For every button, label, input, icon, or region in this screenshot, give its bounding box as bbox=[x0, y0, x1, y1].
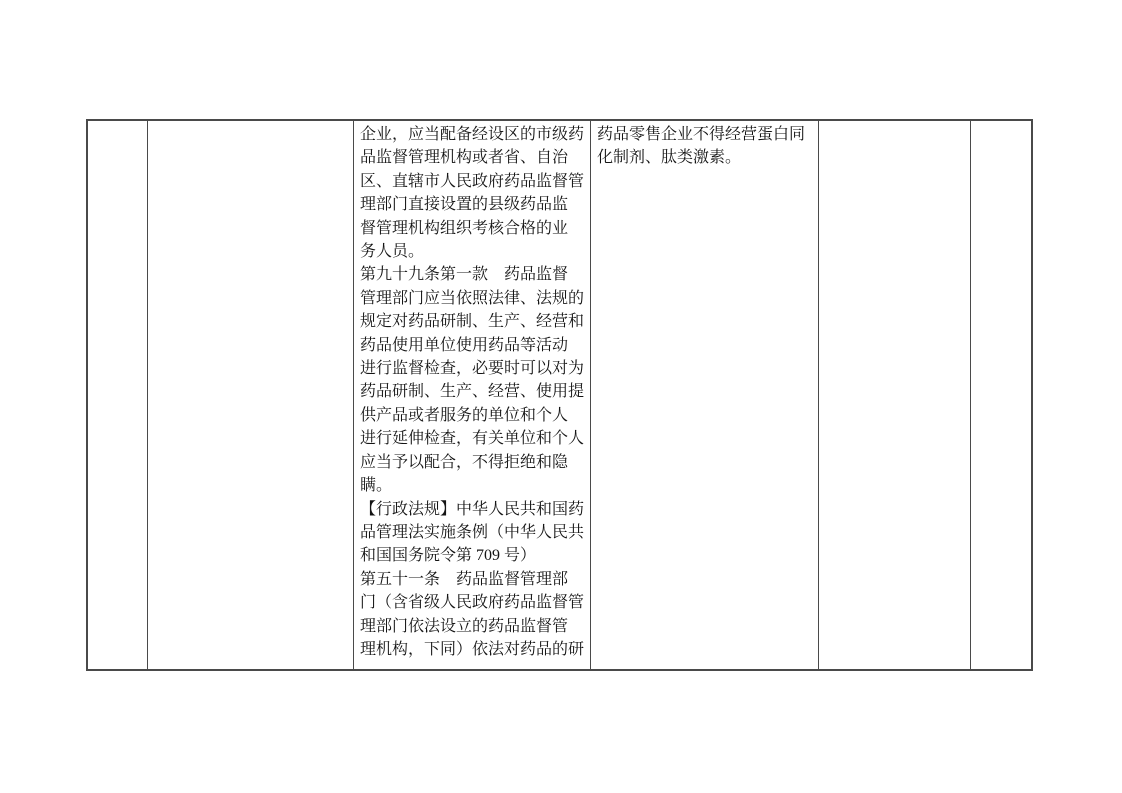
legal-provisions-table: 企业，应当配备经设区的市级药 品监督管理机构或者省、自治 区、直辖市人民政府药品… bbox=[86, 119, 1033, 671]
cell-text: 企业，应当配备经设区的市级药 品监督管理机构或者省、自治 区、直辖市人民政府药品… bbox=[354, 121, 590, 661]
cell-text bbox=[88, 121, 147, 123]
table-cell-2 bbox=[148, 121, 354, 669]
table-cell-4-restriction-text: 药品零售企业不得经营蛋白同 化制剂、肽类激素。 bbox=[591, 121, 819, 669]
table-cell-3-law-text: 企业，应当配备经设区的市级药 品监督管理机构或者省、自治 区、直辖市人民政府药品… bbox=[354, 121, 591, 669]
document-page: 企业，应当配备经设区的市级药 品监督管理机构或者省、自治 区、直辖市人民政府药品… bbox=[0, 0, 1122, 793]
table-cell-6 bbox=[971, 121, 1031, 669]
cell-text bbox=[819, 121, 970, 123]
cell-text bbox=[148, 121, 353, 123]
table-cell-1 bbox=[88, 121, 148, 669]
cell-text: 药品零售企业不得经营蛋白同 化制剂、肽类激素。 bbox=[591, 121, 818, 170]
table-cell-5 bbox=[819, 121, 971, 669]
cell-text bbox=[971, 121, 1031, 123]
